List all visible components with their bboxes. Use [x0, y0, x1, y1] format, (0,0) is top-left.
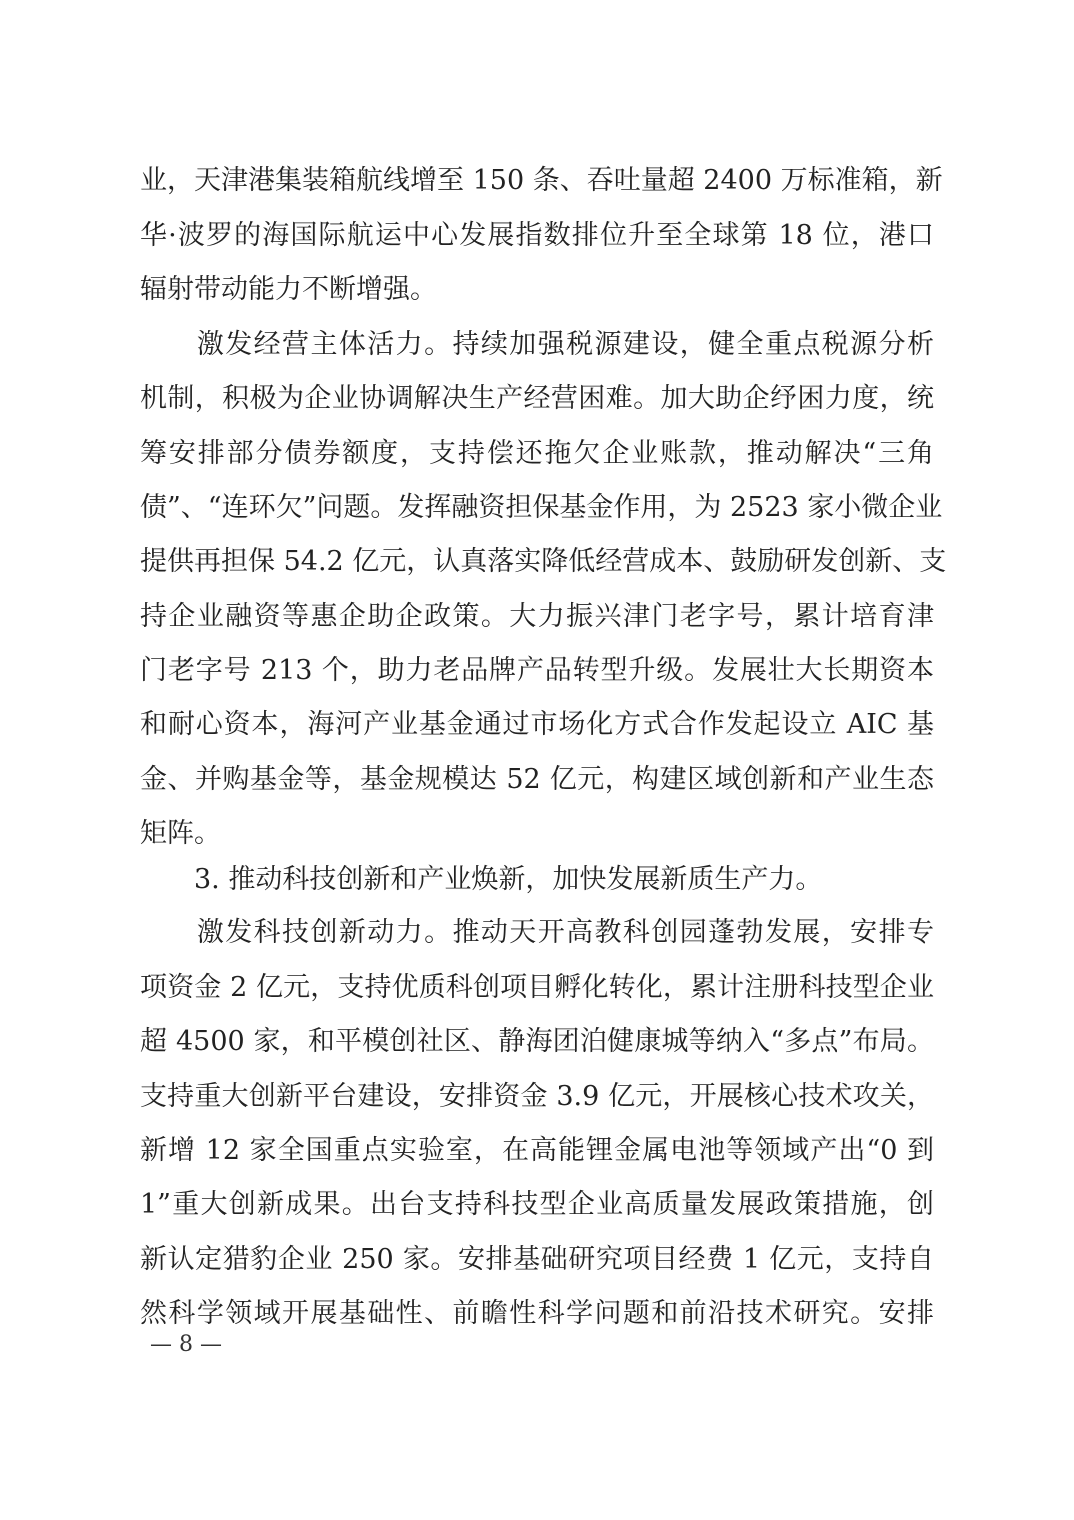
text-line: 业，天津港集装箱航线增至 150 条、吞吐量超 2400 万标准箱，新	[140, 161, 934, 201]
section-heading: 3. 推动科技创新和产业焕新，加快发展新质生产力。	[140, 860, 934, 900]
text-line: 提供再担保 54.2 亿元，认真落实降低经营成本、鼓励研发创新、支	[140, 542, 934, 582]
text-line: 然科学领域开展基础性、前瞻性科学问题和前沿技术研究。安排	[140, 1294, 934, 1334]
text-line: 机制，积极为企业协调解决生产经营困难。加大助企纾困力度，统	[140, 379, 934, 419]
document-page: 业，天津港集装箱航线增至 150 条、吞吐量超 2400 万标准箱，新 华·波罗…	[0, 0, 1074, 1520]
text-line: 项资金 2 亿元，支持优质科创项目孵化转化，累计注册科技型企业	[140, 968, 934, 1008]
text-line: 新增 12 家全国重点实验室，在高能锂金属电池等领域产出“0 到	[140, 1131, 934, 1171]
text-line: 新认定猎豹企业 250 家。安排基础研究项目经费 1 亿元，支持自	[140, 1240, 934, 1280]
text-line: 超 4500 家，和平模创社区、静海团泊健康城等纳入“多点”布局。	[140, 1022, 934, 1062]
text-line: 华·波罗的海国际航运中心发展指数排位升至全球第 18 位，港口	[140, 216, 934, 256]
text-line: 筹安排部分债券额度，支持偿还拖欠企业账款，推动解决“三角	[140, 434, 934, 474]
text-line: 金、并购基金等，基金规模达 52 亿元，构建区域创新和产业生态	[140, 760, 934, 800]
text-line: 1”重大创新成果。出台支持科技型企业高质量发展政策措施，创	[140, 1185, 934, 1225]
text-line: 和耐心资本，海河产业基金通过市场化方式合作发起设立 AIC 基	[140, 705, 934, 745]
text-line: 支持重大创新平台建设，安排资金 3.9 亿元，开展核心技术攻关，	[140, 1077, 934, 1117]
text-line: 门老字号 213 个，助力老品牌产品转型升级。发展壮大长期资本	[140, 651, 934, 691]
page-number: — 8 —	[150, 1330, 222, 1360]
text-line: 矩阵。	[140, 814, 934, 854]
text-line: 辐射带动能力不断增强。	[140, 270, 934, 310]
text-line: 债”、“连环欠”问题。发挥融资担保基金作用，为 2523 家小微企业	[140, 488, 934, 528]
text-line: 持企业融资等惠企助企政策。大力振兴津门老字号，累计培育津	[140, 597, 934, 637]
paragraph-start: 激发科技创新动力。推动天开高教科创园蓬勃发展，安排专	[140, 913, 934, 953]
paragraph-start: 激发经营主体活力。持续加强税源建设，健全重点税源分析	[140, 325, 934, 365]
